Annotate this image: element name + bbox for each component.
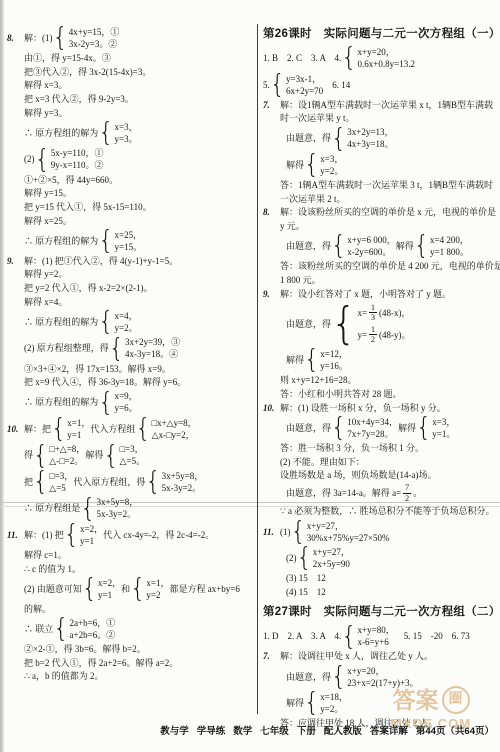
equation-row: y=6。 xyxy=(115,402,138,414)
text-run: 把 b=2 代入①，得 2a+2=6。解得 a=2。 xyxy=(24,657,178,669)
text-run: 把 xyxy=(24,476,33,488)
equation-row: □x+△y=8， xyxy=(152,417,197,429)
answer-line: ∴ 原方程组的解为 {x=4，y=2。 xyxy=(7,309,255,335)
answer-line: (4) 15 12 xyxy=(263,585,497,598)
text-run: 解得 xyxy=(286,159,304,171)
text-run: □+△=8， xyxy=(49,443,85,455)
text-run: 和 xyxy=(121,583,130,595)
equation-row: x+y=27， xyxy=(307,520,390,532)
left-brace-icon: { xyxy=(82,577,97,600)
equation-rows: □x+△y=8，△x-□y=2， xyxy=(152,417,197,441)
text-run: (48-y)。 xyxy=(379,329,411,341)
text-run: 都是方程 ax+by=6 xyxy=(169,583,239,595)
text-run: 1. B 2. C 3. A 4. xyxy=(263,52,341,64)
text-run: 3x-2y=3。② xyxy=(69,38,118,50)
answer-line: 解得 {x=3，y=2。 xyxy=(263,152,497,178)
answer-line: 解得 x=3。 xyxy=(7,79,255,92)
left-brace-icon: { xyxy=(331,416,346,439)
equation-row: 3x+5y=8， xyxy=(97,496,139,508)
equation-rows: □=3，△=5。 xyxy=(120,443,146,467)
text-run: 4x+3y=18。 xyxy=(347,138,393,150)
text-run: 解得 y=3。 xyxy=(24,107,67,119)
answer-line: 11.解：(1) 把 {x=2，y=1 代入 cx-4y=-2，得 2c-4=-… xyxy=(7,522,255,548)
equation-system: {4x+y=15，①3x-2y=3。② xyxy=(53,26,120,50)
equation-row: 5x-3y=2。 xyxy=(162,482,204,494)
text-run: x+y=6 000， xyxy=(347,234,395,246)
footer-item-page-number: 第44页（共64页） xyxy=(416,723,494,737)
text-run: y=2。 xyxy=(320,165,343,177)
text-run: ②×2-①，得 3b=6。解得 b=2。 xyxy=(24,643,146,655)
text-run: x-6=y+6 xyxy=(358,636,389,648)
left-column: 8.解：(1) {4x+y=15，①3x-2y=3。②由①，得 y=15-4x。… xyxy=(7,25,255,683)
text-run: 解得 x=4。 xyxy=(24,296,67,308)
text-run: x=2， xyxy=(80,523,103,535)
answer-line: 解得 c=1。 xyxy=(7,548,255,561)
answer-line: ∴ 原方程组的解为 {x=25，y=15。 xyxy=(7,228,255,254)
left-brace-icon: { xyxy=(145,470,160,493)
item-number: 11. xyxy=(7,530,24,540)
left-brace-icon: { xyxy=(331,234,346,257)
text-run: □=3， xyxy=(49,470,73,482)
answer-line: (3) 15 12 xyxy=(263,572,497,585)
left-brace-icon: { xyxy=(341,625,356,648)
equation-row: x=2， xyxy=(80,523,103,535)
fraction-denominator: 2 xyxy=(371,335,375,345)
answer-line: 一次运苹果 2 t。 xyxy=(263,192,497,205)
equation-rows: x+y=27，2x+5y=90 xyxy=(313,546,350,570)
answer-line: 解得 y=2。 xyxy=(7,268,255,281)
text-run: 答：胜一场积 3 分，负一场积 1 分。 xyxy=(280,442,424,454)
text-run: a+2b=6。② xyxy=(70,629,116,641)
footer-item-brand: 教与学 xyxy=(160,723,189,737)
text-run: 由题意，得 xyxy=(286,422,331,434)
equation-row: y=3。 xyxy=(115,133,138,145)
answer-line: ③×3+④×2，得 17x=153。解得 x=9。 xyxy=(7,362,255,375)
left-brace-icon: { xyxy=(53,617,68,640)
text-run: x=9， xyxy=(115,390,138,402)
text-run: 由题意，得 xyxy=(286,132,331,144)
equation-rows: x=13(48-x)，y=12(48-y)。 xyxy=(357,302,410,346)
answer-line: 11.(1) {x+y=27，30%x+75%y=27×50% xyxy=(263,519,497,545)
equation-system: {x=25，y=15。 xyxy=(98,229,142,253)
answer-line: 时一次运苹果 y t。 xyxy=(263,112,497,125)
text-run: 解：设调往甲处 x 人，调往乙处 y 人。 xyxy=(280,650,433,662)
left-brace-icon: { xyxy=(80,497,95,520)
answer-line: (2) 原方程组整理，得 {3x+2y=39，③4x-3y=18。④ xyxy=(7,335,255,361)
equation-row: △x-□y=2， xyxy=(152,429,197,441)
answer-line: ∴ a，b 的值都为 2。 xyxy=(7,670,255,683)
equation-system: {5x-y=110，①9y-x=110。② xyxy=(35,147,104,171)
answer-line: 1. B 2. C 3. A 4. {x+y=20，0.6x+0.8y=13.2 xyxy=(263,45,497,71)
answer-line: ∴ 原方程组的解为 {x=9，y=6。 xyxy=(7,389,255,415)
text-run: (2) 原方程组整理，得 xyxy=(24,342,109,354)
text-run: 10x+4y=34， xyxy=(347,416,398,428)
text-run: 解得 xyxy=(286,697,304,709)
answer-line: 把 y=15 代入①，得 5x-15=110。 xyxy=(7,200,255,213)
answer-line: 由①，得 y=15-4x。③ xyxy=(7,52,255,65)
answer-line: 解得 y=15。 xyxy=(7,187,255,200)
text-run: 代入方程组 xyxy=(90,423,135,435)
equation-row: y=2 xyxy=(146,589,169,601)
equation-row: y=1。 xyxy=(432,428,455,440)
text-run: x=3， xyxy=(115,121,138,133)
answer-line: 由题意，得 {10x+4y=34，7x+7y=28。 解得 {x=3，y=1。 xyxy=(263,415,497,441)
equation-system: {x=3，y=1。 xyxy=(416,416,455,440)
equation-row: 7x+7y=28。 xyxy=(347,428,398,440)
equation-rows: 5x-y=110，①9y-x=110。② xyxy=(51,147,104,171)
equation-row: □=3， xyxy=(49,470,73,482)
text-run: x+y=80， xyxy=(358,624,395,636)
equation-row: y=1 xyxy=(98,589,121,601)
text-run: (4) 15 12 xyxy=(286,586,326,598)
footer-item-series: 学导练 xyxy=(197,723,226,737)
answer-line: y 元。 xyxy=(263,219,497,232)
equation-row: x+y=20， xyxy=(347,665,418,677)
equation-rows: x=1，y=2 xyxy=(146,577,169,601)
fraction-numerator: 1 xyxy=(369,325,377,336)
text-run: ∴ 原方程组的解为 xyxy=(24,396,98,408)
text-run: ∵ a 必须为整数，∴ 胜场总积分不能等于负场总积分。 xyxy=(280,505,494,517)
answer-line: ①+②×5，得 44y=660。 xyxy=(7,173,255,186)
answer-line: 解得 {x=12，y=16。 xyxy=(263,347,497,373)
answer-line: (2) 由题意可知 {x=2，y=1 和 {x=1，y=2 都是方程 ax+by… xyxy=(7,576,255,602)
left-brace-icon: { xyxy=(33,444,48,467)
footer-item-section: 答案详解 xyxy=(370,723,408,737)
text-run: y=1 800。 xyxy=(430,246,469,258)
equation-row: 3x+5y=8， xyxy=(162,470,204,482)
item-number: 7. xyxy=(263,651,280,661)
text-run: y=3x-1， xyxy=(286,73,321,85)
equation-row: x=18， xyxy=(320,691,348,703)
left-brace-icon: { xyxy=(331,304,356,343)
text-run: y= xyxy=(357,329,367,341)
equation-row: □=3， xyxy=(120,443,146,455)
text-run: 则 x+y=12+16=28。 xyxy=(280,374,357,386)
answer-line: 解得 x=4。 xyxy=(7,295,255,308)
equation-system: {x=3，y=3。 xyxy=(98,121,137,145)
equation-system: {10x+4y=34，7x+7y=28。 xyxy=(331,416,398,440)
text-run: ∴ a，b 的值都为 2。 xyxy=(24,670,103,682)
item-number: 9. xyxy=(263,289,280,299)
text-run: 3x+5y=8， xyxy=(162,470,204,482)
equation-rows: x=1，y=1 xyxy=(67,417,90,441)
equation-rows: 3x+2y=39，③4x-3y=18。④ xyxy=(125,336,180,360)
text-run: 0.6x+0.8y=13.2 xyxy=(358,58,415,70)
equation-system: {x+y=27，2x+5y=90 xyxy=(297,546,350,570)
equation-system: {2a+b=6，①a+2b=6。② xyxy=(53,617,115,641)
text-run: 3x+2y=39，③ xyxy=(125,336,180,348)
text-run: 解：设1辆A型车满载时一次运苹果 x t，1辆B型车满载 xyxy=(280,99,493,111)
left-brace-icon: { xyxy=(291,520,306,543)
text-run: 9y-x=110。② xyxy=(51,159,104,171)
text-run: 解：设该粉丝所买的空调的单价是 x 元，电视的单价是 xyxy=(280,206,496,218)
equation-row: 3x+2y=39，③ xyxy=(125,336,180,348)
text-run: x=4， xyxy=(115,310,138,322)
text-run: 4x+y=15，① xyxy=(69,26,120,38)
text-run: 5x-3y=2。 xyxy=(97,508,137,520)
text-run: (2) xyxy=(24,153,35,165)
text-run: 6. 14 xyxy=(323,79,350,91)
text-run: 3x+5y=8， xyxy=(97,496,139,508)
equation-system: {3x+2y=13，4x+3y=18。 xyxy=(331,126,393,150)
equation-rows: 4x+y=15，①3x-2y=3。② xyxy=(69,26,120,50)
equation-system: {□+△=8，△-□=2。 xyxy=(33,443,85,467)
text-run: 答：该粉丝所买的空调的单价是 4 200 元，电视的单价是 xyxy=(280,260,500,272)
text-run: 解得 y=2。 xyxy=(24,268,67,280)
text-run: y=1。 xyxy=(432,428,455,440)
equation-row: △-□=2。 xyxy=(49,455,85,467)
answer-line: 10.解：(1) 设胜一场积 x 分，负一场积 y 分。 xyxy=(263,401,497,414)
equation-rows: 3x+5y=8，5x-3y=2。 xyxy=(97,496,139,520)
text-run: 由题意，得 xyxy=(286,240,331,252)
text-run: x=18， xyxy=(320,691,348,703)
equation-rows: x=3，y=1。 xyxy=(432,416,455,440)
equation-system: {x=1，y=1 xyxy=(51,417,90,441)
left-brace-icon: { xyxy=(331,665,346,688)
text-run: 解得 xyxy=(398,422,416,434)
equation-rows: x=9，y=6。 xyxy=(115,390,138,414)
equation-system: {x=1，y=2 xyxy=(130,577,169,601)
equation-system: {□x+△y=8，△x-□y=2， xyxy=(135,417,196,441)
answer-line: 1. D 2. A 3. A 4. {x+y=80，x-6=y+6 5. 15 … xyxy=(263,623,497,649)
text-run: x=2， xyxy=(98,577,121,589)
equation-row: 30%x+75%y=27×50% xyxy=(307,532,390,544)
equation-row: 4x-3y=18。④ xyxy=(125,348,180,360)
text-run: 7x+7y=28。 xyxy=(347,428,393,440)
answer-line: 1 800 元。 xyxy=(263,273,497,286)
answer-line: 答：胜一场积 3 分，负一场积 1 分。 xyxy=(263,441,497,454)
answer-line: 答：1辆A型车满载时一次运苹果 3 t，1辆B型车满载时 xyxy=(263,178,497,191)
text-run: 得 xyxy=(24,449,33,461)
text-run: 。 xyxy=(413,487,422,499)
equation-rows: x+y=27，30%x+75%y=27×50% xyxy=(307,520,390,544)
text-run: (1) xyxy=(280,526,291,538)
equation-row: x=25， xyxy=(115,229,143,241)
equation-system: {x+y=20，23+x=2(17+y)+3。 xyxy=(331,665,419,689)
item-number: 8. xyxy=(263,207,280,217)
text-run: △=5 xyxy=(49,482,66,494)
answer-line: 把 {□=3，△=5 代入原方程组，得 {3x+5y=8，5x-3y=2。 xyxy=(7,469,255,495)
text-run: x+y=27， xyxy=(313,546,350,558)
text-run: □x+△y=8， xyxy=(152,417,197,429)
answer-line: 7.解：设1辆A型车满载时一次运苹果 x t，1辆B型车满载 xyxy=(263,98,497,111)
left-brace-icon: { xyxy=(64,523,79,546)
equation-row: y=3x-1， xyxy=(286,73,323,85)
text-run: y=1 xyxy=(80,535,94,547)
equation-system: {3x+2y=39，③4x-3y=18。④ xyxy=(109,336,180,360)
equation-row: 3x+2y=13， xyxy=(347,126,393,138)
equation-row: x=2， xyxy=(98,577,121,589)
left-brace-icon: { xyxy=(304,153,319,176)
text-run: y=15。 xyxy=(115,241,143,253)
left-brace-icon: { xyxy=(109,337,124,360)
text-run: 5x-y=110，① xyxy=(51,147,104,159)
text-run: △-□=2。 xyxy=(49,455,83,467)
page-edge-shading xyxy=(0,0,4,752)
text-run: 代入 cx-4y=-2，得 2c-4=-2。 xyxy=(103,529,214,541)
answer-line: 把 x=9 代入④，得 36-3y=18。解得 y=6。 xyxy=(7,376,255,389)
equation-system: {x=2，y=1 xyxy=(64,523,103,547)
equation-row: y=2。 xyxy=(320,165,343,177)
equation-row: △=5 xyxy=(49,482,73,494)
text-run: y 元。 xyxy=(280,220,305,232)
fraction-denominator: 3 xyxy=(371,313,375,323)
equation-row: 2a+b=6，① xyxy=(70,617,116,629)
equation-rows: x=4，y=2。 xyxy=(115,310,138,334)
equation-system: {x=2，y=1 xyxy=(82,577,121,601)
text-run: 由题意，得 3a=14-a。解得 a= xyxy=(286,487,401,499)
answer-line: 解得 y=3。 xyxy=(7,106,255,119)
equation-rows: x=4 200，y=1 800。 xyxy=(430,234,469,258)
fraction: 72 xyxy=(403,483,411,503)
answer-line: ②×2-①，得 3b=6。解得 b=2。 xyxy=(7,642,255,655)
left-brace-icon: { xyxy=(98,121,113,144)
equation-row: 0.6x+0.8y=13.2 xyxy=(358,58,415,70)
item-number: 8. xyxy=(7,33,24,43)
equation-row: 5x-y=110，① xyxy=(51,147,104,159)
text-run: y=1 xyxy=(98,589,112,601)
equation-row: y=2。 xyxy=(320,703,348,715)
text-run: y=3。 xyxy=(115,133,138,145)
footer: 教与学 学导练 数学 七年级 下册 配人教版 答案详解 第44页（共64页） xyxy=(0,723,494,737)
text-run: x=3， xyxy=(432,416,455,428)
text-run: 1. D 2. A 3. A 4. xyxy=(263,630,341,642)
answer-line: 把③代入②，得 3x-2(15-4x)=3。 xyxy=(7,65,255,78)
text-run: 6x+2y=70 xyxy=(286,85,323,97)
answer-line: 由题意，得 3a=14-a。解得 a=72。 xyxy=(263,482,497,504)
text-run: 的解。 xyxy=(24,603,51,615)
text-run: 2x+5y=90 xyxy=(313,558,350,570)
answer-line: 把 y=2 代入①，得 x-2=2×(2-1)。 xyxy=(7,282,255,295)
text-run: 把 y=15 代入①，得 5x-15=110。 xyxy=(24,201,152,213)
left-brace-icon: { xyxy=(53,26,68,49)
text-run: y=2。 xyxy=(320,703,343,715)
text-run: ∴ c 的值为 1。 xyxy=(24,563,81,575)
text-run: △=5。 xyxy=(120,455,146,467)
text-run: x-2y=600。 xyxy=(347,246,391,258)
right-column: 第26课时 实际问题与二元一次方程组（一）1. B 2. C 3. A 4. {… xyxy=(263,20,497,730)
equation-system: {□=3，△=5 xyxy=(33,470,73,494)
equation-row: x+y=20， xyxy=(358,46,415,58)
text-run: x=12， xyxy=(320,348,348,360)
text-run: ①+②×5，得 44y=660。 xyxy=(24,174,118,186)
footer-item-edition: 配人教版 xyxy=(324,723,362,737)
equation-row: x=3， xyxy=(432,416,455,428)
equation-system: {x=4，y=2。 xyxy=(98,310,137,334)
text-run: 把 x=3 代入②，得 9-2y=3。 xyxy=(24,93,134,105)
text-run: (48-x)， xyxy=(379,307,411,319)
left-brace-icon: { xyxy=(304,349,319,372)
text-run: (2) 不能。理由如下： xyxy=(280,456,365,468)
text-run: 5. xyxy=(263,79,270,91)
answer-line: 9.解：设小红答对了 x 题，小明答对了 y 题。 xyxy=(263,287,497,300)
left-brace-icon: { xyxy=(341,46,356,69)
left-brace-icon: { xyxy=(35,148,50,171)
equation-row: x=12， xyxy=(320,348,348,360)
left-brace-icon: { xyxy=(51,417,66,440)
answer-line: 8.解：(1) {4x+y=15，①3x-2y=3。② xyxy=(7,25,255,51)
text-run: 代入原方程组，得 xyxy=(73,476,145,488)
equation-row: x-6=y+6 xyxy=(358,636,395,648)
text-run: 一次运苹果 2 t。 xyxy=(280,193,346,205)
column-divider xyxy=(257,24,258,714)
left-brace-icon: { xyxy=(331,127,346,150)
text-run: y=16。 xyxy=(320,360,348,372)
equation-row: x-2y=600。 xyxy=(347,246,395,258)
watermark-logo: 答案 圈 xyxy=(364,686,498,714)
answer-line: 设胜场数是 a 场，则负场数是(14-a)场。 xyxy=(263,469,497,482)
text-run: 解得 xyxy=(396,240,414,252)
equation-system: {x=9，y=6。 xyxy=(98,390,137,414)
watermark-brand-text: 答案 xyxy=(393,689,439,712)
text-run: y=2 xyxy=(146,589,160,601)
answer-line: 的解。 xyxy=(7,602,255,615)
left-brace-icon: { xyxy=(33,470,48,493)
answer-line: ∴ 联立 {2a+b=6，①a+2b=6。② xyxy=(7,616,255,642)
answer-line: 7.解：设调往甲处 x 人，调往乙处 y 人。 xyxy=(263,650,497,663)
left-brace-icon: { xyxy=(270,73,285,96)
text-run: 由题意，得 xyxy=(286,671,331,683)
equation-row: y=16。 xyxy=(320,360,348,372)
answer-line: (2) {x+y=27，2x+5y=90 xyxy=(263,545,497,571)
answer-line: 得 {□+△=8，△-□=2。解得 {□=3，△=5。 xyxy=(7,442,255,468)
text-run: 解：把 xyxy=(24,423,51,435)
item-number: 9. xyxy=(7,256,24,266)
answer-line: 则 x+y=12+16=28。 xyxy=(263,374,497,387)
text-run: ∴ 联立 xyxy=(24,623,53,635)
equation-system: {x+y=20，0.6x+0.8y=13.2 xyxy=(341,46,415,70)
equation-row: y=12(48-y)。 xyxy=(357,324,410,346)
left-brace-icon: { xyxy=(103,444,118,467)
equation-row: x=4 200， xyxy=(430,234,469,246)
left-brace-icon: { xyxy=(130,577,145,600)
text-run: x+y=27， xyxy=(307,520,344,532)
footer-item-grade: 七年级 xyxy=(260,723,289,737)
text-run: y=1 xyxy=(67,429,81,441)
equation-rows: □=3，△=5 xyxy=(49,470,73,494)
answer-line: 由题意，得 {x+y=6 000，x-2y=600。 解得 {x=4 200，y… xyxy=(263,233,497,259)
text-run: 30%x+75%y=27×50% xyxy=(307,532,390,544)
equation-system: {x=4 200，y=1 800。 xyxy=(414,234,469,258)
left-brace-icon: { xyxy=(416,416,431,439)
footer-item-volume: 下册 xyxy=(297,723,316,737)
equation-row: 10x+4y=34， xyxy=(347,416,398,428)
text-run: 1 800 元。 xyxy=(280,274,321,286)
text-run: ③×3+④×2，得 17x=153。解得 x=9。 xyxy=(24,363,171,375)
equation-rows: 3x+2y=13，4x+3y=18。 xyxy=(347,126,393,150)
equation-row: a+2b=6。② xyxy=(70,629,116,641)
text-run: 把 y=2 代入①，得 x-2=2×(2-1)。 xyxy=(24,282,152,294)
fraction: 12 xyxy=(369,325,377,345)
section-header: 第27课时 实际问题与二元一次方程组（二） xyxy=(263,603,497,619)
equation-row: y=15。 xyxy=(115,241,143,253)
equation-rows: x=3，y=2。 xyxy=(320,153,343,177)
text-run: x=1， xyxy=(146,577,169,589)
equation-row: x=1， xyxy=(67,417,90,429)
text-run: 解得 x=3。 xyxy=(24,79,67,91)
text-run: 把③代入②，得 3x-2(15-4x)=3。 xyxy=(24,66,151,78)
equation-row: 4x+y=15，① xyxy=(69,26,120,38)
text-run: ∴ 原方程组的解为 xyxy=(24,127,98,139)
item-number: 10. xyxy=(263,403,280,413)
text-run: 4x-3y=18。④ xyxy=(125,348,178,360)
text-run: (2) 由题意可知 xyxy=(24,583,82,595)
text-run: 由题意，得 xyxy=(286,318,331,330)
equation-row: 4x+3y=18。 xyxy=(347,138,393,150)
text-run: 2a+b=6，① xyxy=(70,617,116,629)
answer-line: 9.解：(1) 把①代入②，得 4(y-1)+y-1=5。 xyxy=(7,254,255,267)
text-run: ∴ 原方程组的解为 xyxy=(24,235,98,247)
